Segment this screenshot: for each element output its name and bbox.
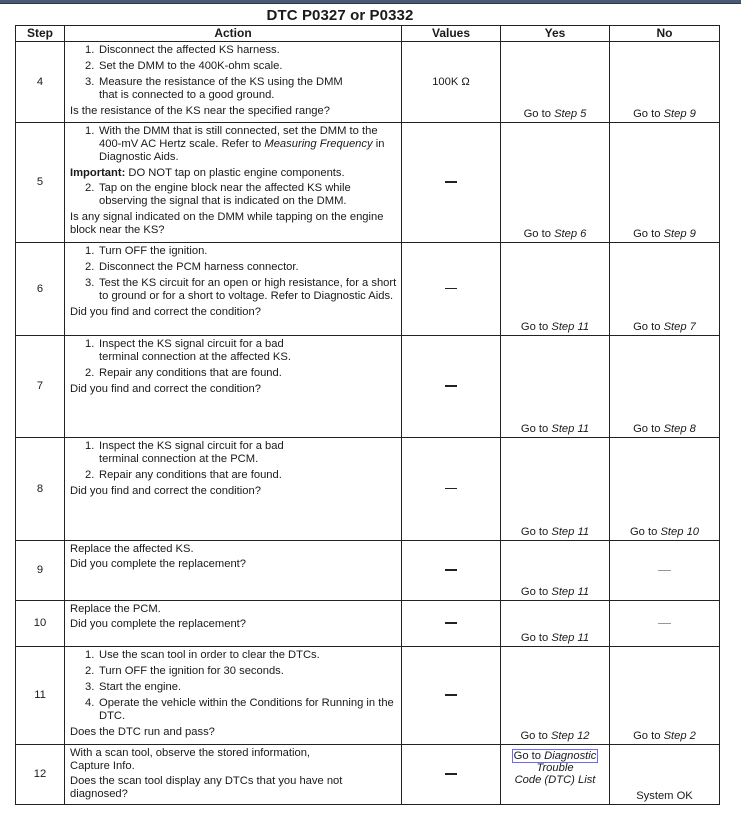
dash-icon [445,288,457,290]
value-cell [402,438,501,541]
yes-cell: Go to Step 11 [501,601,610,647]
diagnostic-table: Step Action Values Yes No 4 1.Disconnect… [15,25,720,805]
step-number: 11 [16,647,65,745]
item-text: Turn OFF the ignition. [99,245,397,258]
table-row: 5 1.With the DMM that is still connected… [16,123,720,243]
item-text: Inspect the KS signal circuit for a bad … [99,338,397,364]
item-text: Tap on the engine block near the affecte… [99,182,397,208]
step-number: 12 [16,745,65,805]
no-cell: Go to Step 7 [610,243,720,336]
value-cell [402,336,501,438]
item-text: Repair any conditions that are found. [99,367,397,380]
yes-link[interactable]: Go to Step 11 [501,423,609,436]
action-text: With a scan tool, observe the stored inf… [70,747,397,773]
yes-cell: Go to Step 12 [501,647,610,745]
table-row: 4 1.Disconnect the affected KS harness. … [16,42,720,123]
question-text: Did you complete the replacement? [70,618,397,631]
value-cell: 100K Ω [402,42,501,123]
yes-link[interactable]: Go to Step 11 [501,526,609,539]
no-link[interactable]: Go to Step 7 [610,321,719,334]
yes-link[interactable]: Go to Step 12 [501,730,609,743]
step-number: 7 [16,336,65,438]
dash-icon [445,773,457,775]
item-number: 3. [85,681,99,694]
question-text: Did you find and correct the condition? [70,306,397,319]
step-number: 10 [16,601,65,647]
important-note: Important: DO NOT tap on plastic engine … [70,167,397,180]
action-cell: Replace the PCM. Did you complete the re… [65,601,402,647]
action-cell: With a scan tool, observe the stored inf… [65,745,402,805]
item-text: Start the engine. [99,681,397,694]
no-cell: Go to Step 2 [610,647,720,745]
no-cell [610,601,720,647]
item-number: 2. [85,469,99,482]
item-number: 1. [85,440,99,466]
action-cell: 1.Use the scan tool in order to clear th… [65,647,402,745]
dash-icon [445,488,457,490]
item-text: Operate the vehicle within the Condition… [99,697,397,723]
step-number: 9 [16,541,65,601]
item-text: Inspect the KS signal circuit for a bad … [99,440,397,466]
dash-icon [445,569,457,571]
no-cell: Go to Step 9 [610,123,720,243]
item-text: With the DMM that is still connected, se… [99,125,397,164]
item-number: 3. [85,277,99,303]
value-cell [402,123,501,243]
window-top-border [0,0,741,4]
yes-cell: Go to Step 11 [501,438,610,541]
system-ok-text: System OK [610,790,719,803]
item-number: 2. [85,367,99,380]
question-text: Does the scan tool display any DTCs that… [70,775,397,801]
action-cell: 1.With the DMM that is still connected, … [65,123,402,243]
no-cell: Go to Step 9 [610,42,720,123]
table-row: 7 1.Inspect the KS signal circuit for a … [16,336,720,438]
table-row: 12 With a scan tool, observe the stored … [16,745,720,805]
question-text: Did you complete the replacement? [70,558,397,571]
item-number: 2. [85,261,99,274]
item-number: 1. [85,245,99,258]
step-number: 8 [16,438,65,541]
yes-cell: Go to Step 6 [501,123,610,243]
item-text: Set the DMM to the 400K-ohm scale. [99,60,397,73]
item-text: Use the scan tool in order to clear the … [99,649,397,662]
value-cell [402,647,501,745]
header-yes: Yes [501,26,610,42]
yes-link[interactable]: Go to Step 5 [501,108,609,121]
action-cell: 1.Inspect the KS signal circuit for a ba… [65,336,402,438]
table-row: 10 Replace the PCM. Did you complete the… [16,601,720,647]
table-header-row: Step Action Values Yes No [16,26,720,42]
item-number: 2. [85,60,99,73]
dash-icon [445,385,457,387]
table-row: 8 1.Inspect the KS signal circuit for a … [16,438,720,541]
table-row: 6 1.Turn OFF the ignition. 2.Disconnect … [16,243,720,336]
action-cell: 1.Disconnect the affected KS harness. 2.… [65,42,402,123]
no-cell: Go to Step 8 [610,336,720,438]
item-text: Repair any conditions that are found. [99,469,397,482]
step-number: 5 [16,123,65,243]
yes-cell: Go to Step 5 [501,42,610,123]
item-number: 2. [85,182,99,208]
item-text: Measure the resistance of the KS using t… [99,76,397,102]
item-number: 1. [85,44,99,57]
value-cell [402,601,501,647]
step-number: 4 [16,42,65,123]
dash-icon [445,622,457,624]
yes-cell: Go to Step 11 [501,336,610,438]
value-cell [402,541,501,601]
item-number: 1. [85,649,99,662]
action-cell: 1.Inspect the KS signal circuit for a ba… [65,438,402,541]
question-text: Does the DTC run and pass? [70,726,397,739]
yes-link[interactable]: Go to Step 11 [501,632,609,645]
no-link[interactable]: Go to Step 8 [610,423,719,436]
item-number: 4. [85,697,99,723]
yes-link[interactable]: Go to Step 6 [501,228,609,241]
yes-link[interactable]: Go to Step 11 [501,586,609,599]
item-number: 1. [85,338,99,364]
item-text: Disconnect the affected KS harness. [99,44,397,57]
table-row: 9 Replace the affected KS. Did you compl… [16,541,720,601]
item-number: 3. [85,76,99,102]
item-text: Disconnect the PCM harness connector. [99,261,397,274]
item-number: 2. [85,665,99,678]
question-text: Did you find and correct the condition? [70,485,397,498]
no-cell: System OK [610,745,720,805]
no-link[interactable]: Go to Step 2 [610,730,719,743]
yes-cell: Go to Step 11 [501,541,610,601]
header-values: Values [402,26,501,42]
item-text: Turn OFF the ignition for 30 seconds. [99,665,397,678]
step-number: 6 [16,243,65,336]
action-text: Replace the affected KS. [70,543,397,556]
dash-icon [445,181,457,183]
no-link[interactable]: Go to Step 9 [610,108,719,121]
focused-link[interactable]: Go to Diagnostic [512,749,599,763]
page-title: DTC P0327 or P0332 [0,7,680,24]
dash-icon [658,623,671,624]
no-cell: Go to Step 10 [610,438,720,541]
question-text: Is any signal indicated on the DMM while… [70,211,397,237]
yes-cell: Go to Step 11 [501,243,610,336]
header-step: Step [16,26,65,42]
action-text: Replace the PCM. [70,603,397,616]
no-link[interactable]: Go to Step 9 [610,228,719,241]
item-text: Test the KS circuit for an open or high … [99,277,397,303]
no-cell [610,541,720,601]
value-cell [402,243,501,336]
dash-icon [445,694,457,696]
action-cell: Replace the affected KS. Did you complet… [65,541,402,601]
dash-icon [658,570,671,571]
question-text: Is the resistance of the KS near the spe… [70,105,397,118]
yes-link[interactable]: Go to Step 11 [501,321,609,334]
item-number: 1. [85,125,99,164]
header-no: No [610,26,720,42]
action-cell: 1.Turn OFF the ignition. 2.Disconnect th… [65,243,402,336]
header-action: Action [65,26,402,42]
dtc-list-link[interactable]: Go to Diagnostic Trouble Code (DTC) List [501,749,609,786]
question-text: Did you find and correct the condition? [70,383,397,396]
yes-cell: Go to Diagnostic Trouble Code (DTC) List [501,745,610,805]
no-link[interactable]: Go to Step 10 [610,526,719,539]
table-row: 11 1.Use the scan tool in order to clear… [16,647,720,745]
value-cell [402,745,501,805]
